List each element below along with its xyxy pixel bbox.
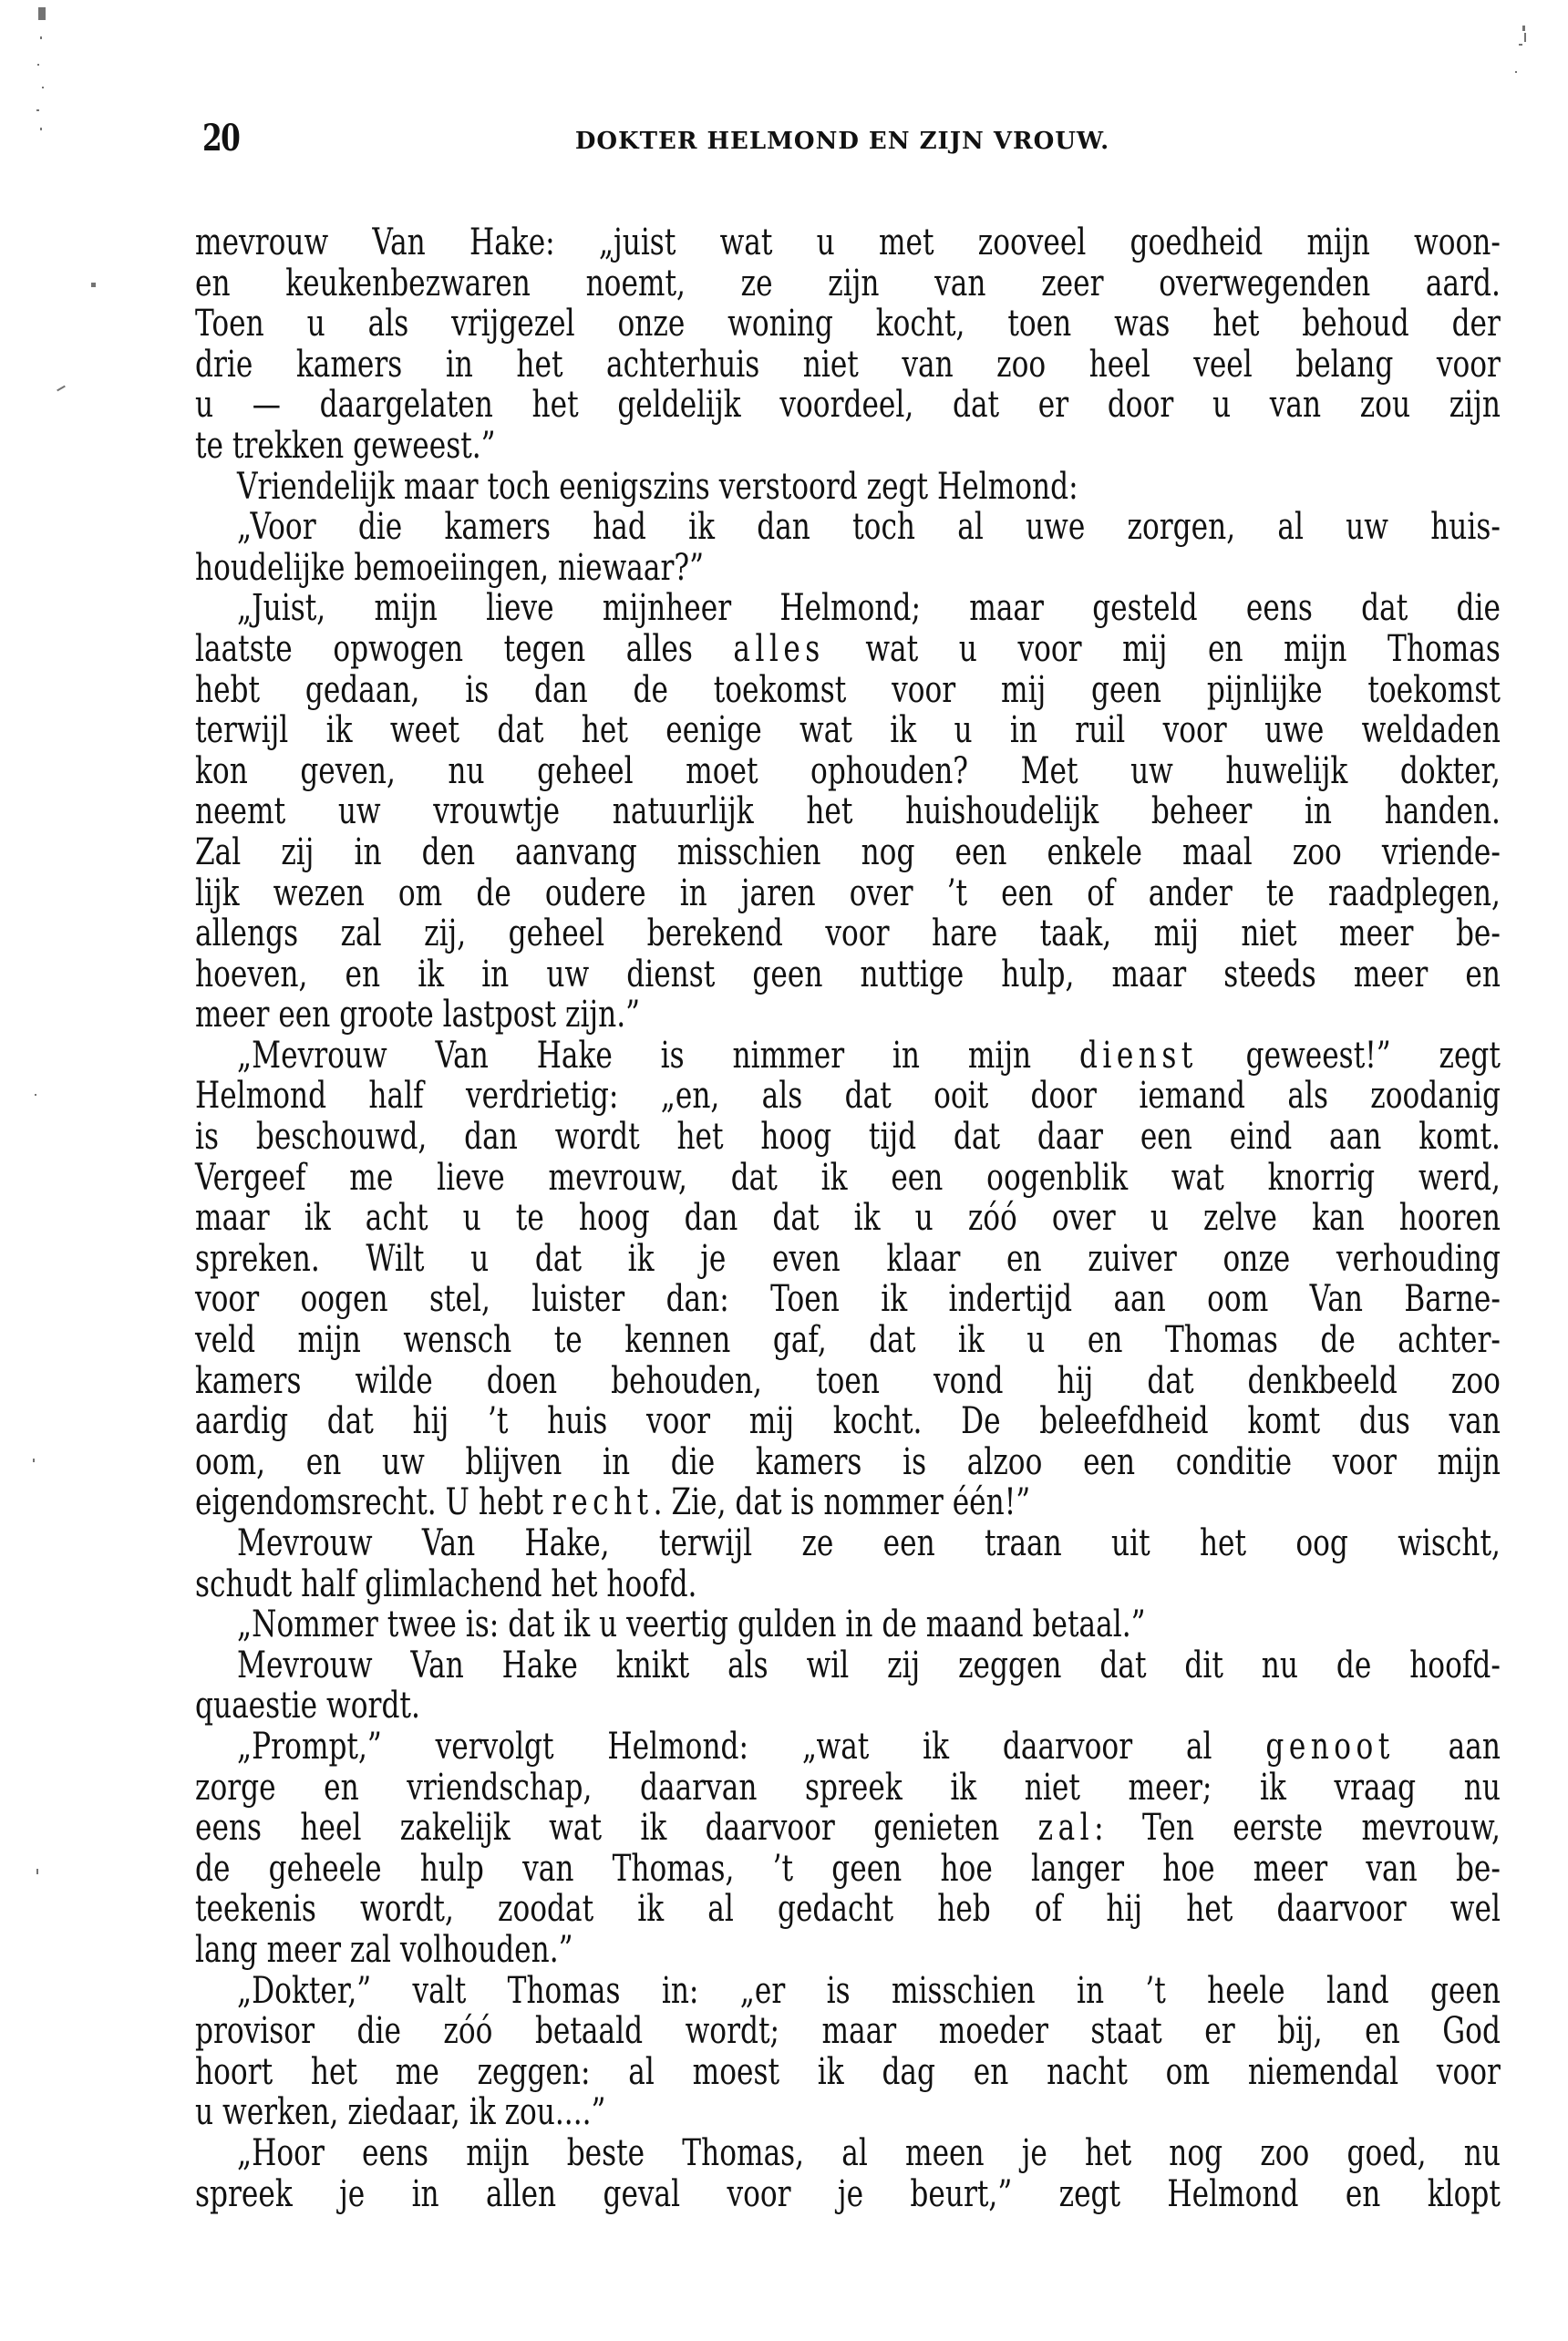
text-line-content: provisor die zóó betaald wordt; maar moe… [195,2011,1501,2052]
text-segment: is beschouwd, dan wordt het hoog tijd da… [195,1116,1501,1158]
text-line-content: Zal zij in den aanvang misschien nog een… [195,832,1501,873]
text-line: mevrouw Van Hake: „juist wat u met zoove… [195,222,1501,263]
text-segment: meer een groote lastpost zijn.” [195,994,640,1036]
emphasized-word: zal [1038,1807,1094,1849]
text-line: hoeven, en ik in uw dienst geen nuttige … [195,954,1501,995]
text-segment: „Mevrouw Van Hake is nimmer in mijn [237,1035,1079,1077]
text-line-content: „Voor die kamers had ik dan toch al uwe … [237,507,1501,548]
text-line-content: aardig dat hij ’t huis voor mij kocht. D… [195,1401,1501,1442]
text-line-content: te trekken geweest.” [195,426,1501,467]
text-segment: drie kamers in het achterhuis niet van z… [195,344,1501,386]
emphasized-word: genoot [1265,1726,1394,1768]
text-line-content: spreken. Wilt u dat ik je even klaar en … [195,1239,1501,1280]
text-line-content: Toen u als vrijgezel onze woning kocht, … [195,304,1501,345]
text-line: Zal zij in den aanvang misschien nog een… [195,832,1501,873]
text-line-content: oom, en uw blijven in die kamers is alzo… [195,1442,1501,1483]
text-line: meer een groote lastpost zijn.” [195,995,1501,1036]
text-line-content: eens heel zakelijk wat ik daarvoor genie… [195,1808,1501,1849]
text-line-content: voor oogen stel, luister dan: Toen ik in… [195,1279,1501,1320]
text-line: allengs zal zij, geheel berekend voor ha… [195,913,1501,954]
text-line-content: quaestie wordt. [195,1686,1501,1727]
text-line-content: houdelijke bemoeiingen, niewaar?” [195,548,1501,589]
text-line: u werken, ziedaar, ik zou....” [195,2092,1501,2133]
text-line: oom, en uw blijven in die kamers is alzo… [195,1442,1501,1483]
text-line: u — daargelaten het geldelijk voordeel, … [195,385,1501,426]
text-line: spreek je in allen geval voor je beurt,”… [195,2174,1501,2215]
text-line: zorge en vriendschap, daarvan spreek ik … [195,1768,1501,1809]
text-line: Mevrouw Van Hake, terwijl ze een traan u… [195,1523,1501,1564]
text-segment: kamers wilde doen behouden, toen vond hi… [195,1360,1501,1402]
text-segment: terwijl ik weet dat het eenige wat ik u … [195,709,1501,751]
body-text: mevrouw Van Hake: „juist wat u met zoove… [195,222,1501,2214]
text-segment: quaestie wordt. [195,1685,420,1727]
text-segment: . Zie, dat is nommer één!” [654,1481,1031,1523]
text-line: drie kamers in het achterhuis niet van z… [195,345,1501,386]
text-line-content: Mevrouw Van Hake knikt als wil zij zegge… [237,1645,1501,1686]
text-line-content: kamers wilde doen behouden, toen vond hi… [195,1361,1501,1402]
text-segment: Mevrouw Van Hake, terwijl ze een traan u… [237,1522,1501,1564]
text-segment: mevrouw Van Hake: „juist wat u met zoove… [195,222,1501,263]
text-segment: Vriendelijk maar toch eenigszins verstoo… [237,466,1078,508]
text-segment: „Dokter,” valt Thomas in: „er is misschi… [237,1970,1501,2012]
text-line-content: Helmond half verdrietig: „en, als dat oo… [195,1076,1501,1117]
emphasized-word: alles [733,628,824,670]
text-segment: provisor die zóó betaald wordt; maar moe… [195,2010,1501,2052]
text-segment: „Voor die kamers had ik dan toch al uwe … [237,506,1501,548]
text-segment: „Prompt,” vervolgt Helmond: „wat ik daar… [237,1726,1265,1768]
text-line: en keukenbezwaren noemt, ze zijn van zee… [195,263,1501,304]
text-line: teekenis wordt, zoodat ik al gedacht heb… [195,1889,1501,1930]
text-line-content: u werken, ziedaar, ik zou....” [195,2092,1501,2133]
text-segment: maar ik acht u te hoog dan dat ik u zóó … [195,1197,1501,1239]
text-segment: spreken. Wilt u dat ik je even klaar en … [195,1238,1501,1280]
text-line-content: „Nommer twee is: dat ik u veertig gulden… [237,1604,1501,1645]
text-line: „Voor die kamers had ik dan toch al uwe … [195,507,1501,548]
text-segment: „Hoor eens mijn beste Thomas, al meen je… [237,2132,1501,2174]
text-line: is beschouwd, dan wordt het hoog tijd da… [195,1117,1501,1158]
text-line-content: maar ik acht u te hoog dan dat ik u zóó … [195,1198,1501,1239]
text-line-content: neemt uw vrouwtje natuurlijk het huishou… [195,791,1501,832]
text-line-content: spreek je in allen geval voor je beurt,”… [195,2174,1501,2215]
text-line: „Mevrouw Van Hake is nimmer in mijn dien… [195,1036,1501,1077]
text-line-content: veld mijn wensch te kennen gaf, dat ik u… [195,1320,1501,1361]
text-segment: teekenis wordt, zoodat ik al gedacht heb… [195,1888,1501,1930]
text-segment: oom, en uw blijven in die kamers is alzo… [195,1441,1501,1483]
text-line: Toen u als vrijgezel onze woning kocht, … [195,304,1501,345]
text-line: „Hoor eens mijn beste Thomas, al meen je… [195,2133,1501,2174]
text-segment: aardig dat hij ’t huis voor mij kocht. D… [195,1400,1501,1442]
text-line: schudt half glimlachend het hoofd. [195,1564,1501,1605]
text-line-content: „Prompt,” vervolgt Helmond: „wat ik daar… [237,1727,1501,1768]
text-line-content: eigendomsrecht. U hebt recht. Zie, dat i… [195,1482,1501,1523]
text-line: laatste opwogen tegen alles alles wat u … [195,629,1501,670]
text-segment: Helmond half verdrietig: „en, als dat oo… [195,1075,1501,1117]
text-line: eigendomsrecht. U hebt recht. Zie, dat i… [195,1482,1501,1523]
text-line-content: hebt gedaan, is dan de toekomst voor mij… [195,670,1501,711]
text-segment: neemt uw vrouwtje natuurlijk het huishou… [195,790,1501,832]
text-line-content: hoeven, en ik in uw dienst geen nuttige … [195,954,1501,995]
text-line: voor oogen stel, luister dan: Toen ik in… [195,1279,1501,1320]
text-line-content: allengs zal zij, geheel berekend voor ha… [195,913,1501,954]
text-line-content: de geheele hulp van Thomas, ’t geen hoe … [195,1849,1501,1890]
text-segment: allengs zal zij, geheel berekend voor ha… [195,913,1501,954]
text-segment: Mevrouw Van Hake knikt als wil zij zegge… [237,1645,1501,1686]
text-segment: u — daargelaten het geldelijk voordeel, … [195,384,1501,426]
text-line-content: schudt half glimlachend het hoofd. [195,1564,1501,1605]
text-segment: kon geven, nu geheel moet ophouden? Met … [195,750,1501,792]
text-segment: eigendomsrecht. U hebt [195,1481,552,1523]
text-line: provisor die zóó betaald wordt; maar moe… [195,2011,1501,2052]
text-line: Helmond half verdrietig: „en, als dat oo… [195,1076,1501,1117]
text-segment: : Ten eerste mevrouw, [1094,1807,1501,1849]
text-line: de geheele hulp van Thomas, ’t geen hoe … [195,1849,1501,1890]
text-line: spreken. Wilt u dat ik je even klaar en … [195,1239,1501,1280]
emphasized-word: recht [552,1481,654,1523]
text-line: maar ik acht u te hoog dan dat ik u zóó … [195,1198,1501,1239]
text-line-content: drie kamers in het achterhuis niet van z… [195,345,1501,386]
text-line: Vergeef me lieve mevrouw, dat ik een oog… [195,1158,1501,1199]
text-line-content: „Hoor eens mijn beste Thomas, al meen je… [237,2133,1501,2174]
text-segment: aan [1395,1726,1501,1768]
text-line: hoort het me zeggen: al moest ik dag en … [195,2052,1501,2093]
text-line-content: „Mevrouw Van Hake is nimmer in mijn dien… [237,1036,1501,1077]
text-segment: houdelijke bemoeiingen, niewaar?” [195,547,704,589]
text-segment: zorge en vriendschap, daarvan spreek ik … [195,1767,1501,1809]
text-line: kamers wilde doen behouden, toen vond hi… [195,1361,1501,1402]
text-segment: schudt half glimlachend het hoofd. [195,1563,696,1605]
text-line: houdelijke bemoeiingen, niewaar?” [195,548,1501,589]
text-segment: Vergeef me lieve mevrouw, dat ik een oog… [195,1157,1501,1199]
text-line-content: Vriendelijk maar toch eenigszins verstoo… [237,467,1501,508]
text-line: quaestie wordt. [195,1686,1501,1727]
text-line-content: teekenis wordt, zoodat ik al gedacht heb… [195,1889,1501,1930]
text-line-content: mevrouw Van Hake: „juist wat u met zoove… [195,222,1501,263]
text-line: te trekken geweest.” [195,426,1501,467]
text-segment: de geheele hulp van Thomas, ’t geen hoe … [195,1848,1501,1890]
text-line: eens heel zakelijk wat ik daarvoor genie… [195,1808,1501,1849]
text-line: lang meer zal volhouden.” [195,1930,1501,1971]
text-segment: veld mijn wensch te kennen gaf, dat ik u… [195,1319,1501,1361]
text-segment: voor oogen stel, luister dan: Toen ik in… [195,1278,1501,1320]
text-line-content: en keukenbezwaren noemt, ze zijn van zee… [195,263,1501,304]
text-line: lijk wezen om de oudere in jaren over ’t… [195,873,1501,914]
text-line: hebt gedaan, is dan de toekomst voor mij… [195,670,1501,711]
text-line-content: u — daargelaten het geldelijk voordeel, … [195,385,1501,426]
text-line-content: Vergeef me lieve mevrouw, dat ik een oog… [195,1158,1501,1199]
text-line: neemt uw vrouwtje natuurlijk het huishou… [195,791,1501,832]
text-line-content: lang meer zal volhouden.” [195,1930,1501,1971]
text-line: kon geven, nu geheel moet ophouden? Met … [195,751,1501,792]
text-segment: lijk wezen om de oudere in jaren over ’t… [195,872,1501,914]
text-line: Vriendelijk maar toch eenigszins verstoo… [195,467,1501,508]
text-segment: „Juist, mijn lieve mijnheer Helmond; maa… [237,587,1501,629]
text-line: Mevrouw Van Hake knikt als wil zij zegge… [195,1645,1501,1686]
text-segment: eens heel zakelijk wat ik daarvoor genie… [195,1807,1038,1849]
text-segment: en keukenbezwaren noemt, ze zijn van zee… [195,263,1501,304]
text-segment: u werken, ziedaar, ik zou....” [195,2091,606,2133]
text-line-content: lijk wezen om de oudere in jaren over ’t… [195,873,1501,914]
text-line-content: laatste opwogen tegen alles alles wat u … [195,629,1501,670]
text-line: terwijl ik weet dat het eenige wat ik u … [195,710,1501,751]
text-segment: Zal zij in den aanvang misschien nog een… [195,831,1501,873]
text-segment: „Nommer twee is: dat ik u veertig gulden… [237,1604,1146,1645]
text-line-content: meer een groote lastpost zijn.” [195,995,1501,1036]
text-line: aardig dat hij ’t huis voor mij kocht. D… [195,1401,1501,1442]
text-line: „Nommer twee is: dat ik u veertig gulden… [195,1604,1501,1645]
emphasized-word: dienst [1079,1035,1198,1077]
text-segment: geweest!” zegt [1198,1035,1501,1077]
text-segment: laatste opwogen tegen alles [195,628,733,670]
text-line: „Juist, mijn lieve mijnheer Helmond; maa… [195,588,1501,629]
text-segment: spreek je in allen geval voor je beurt,”… [195,2173,1501,2215]
text-line-content: hoort het me zeggen: al moest ik dag en … [195,2052,1501,2093]
book-page: 20 DOKTER HELMOND EN ZIJN VROUW. mevrouw… [0,0,1568,2341]
running-title: DOKTER HELMOND EN ZIJN VROUW. [531,128,1153,155]
text-segment: hoort het me zeggen: al moest ik dag en … [195,2051,1501,2093]
text-line-content: „Dokter,” valt Thomas in: „er is misschi… [237,1971,1501,2012]
text-segment: Toen u als vrijgezel onze woning kocht, … [195,303,1501,345]
text-line-content: zorge en vriendschap, daarvan spreek ik … [195,1768,1501,1809]
text-segment: wat u voor mij en mijn Thomas [825,628,1501,670]
text-segment: hoeven, en ik in uw dienst geen nuttige … [195,954,1501,995]
text-segment: te trekken geweest.” [195,425,496,467]
page-number: 20 [202,117,239,160]
text-line-content: „Juist, mijn lieve mijnheer Helmond; maa… [237,588,1501,629]
text-line: veld mijn wensch te kennen gaf, dat ik u… [195,1320,1501,1361]
text-segment: lang meer zal volhouden.” [195,1929,573,1971]
text-line: „Dokter,” valt Thomas in: „er is misschi… [195,1971,1501,2012]
text-line-content: kon geven, nu geheel moet ophouden? Met … [195,751,1501,792]
text-line-content: Mevrouw Van Hake, terwijl ze een traan u… [237,1523,1501,1564]
text-line: „Prompt,” vervolgt Helmond: „wat ik daar… [195,1727,1501,1768]
text-line-content: terwijl ik weet dat het eenige wat ik u … [195,710,1501,751]
text-segment: hebt gedaan, is dan de toekomst voor mij… [195,669,1501,711]
text-line-content: is beschouwd, dan wordt het hoog tijd da… [195,1117,1501,1158]
